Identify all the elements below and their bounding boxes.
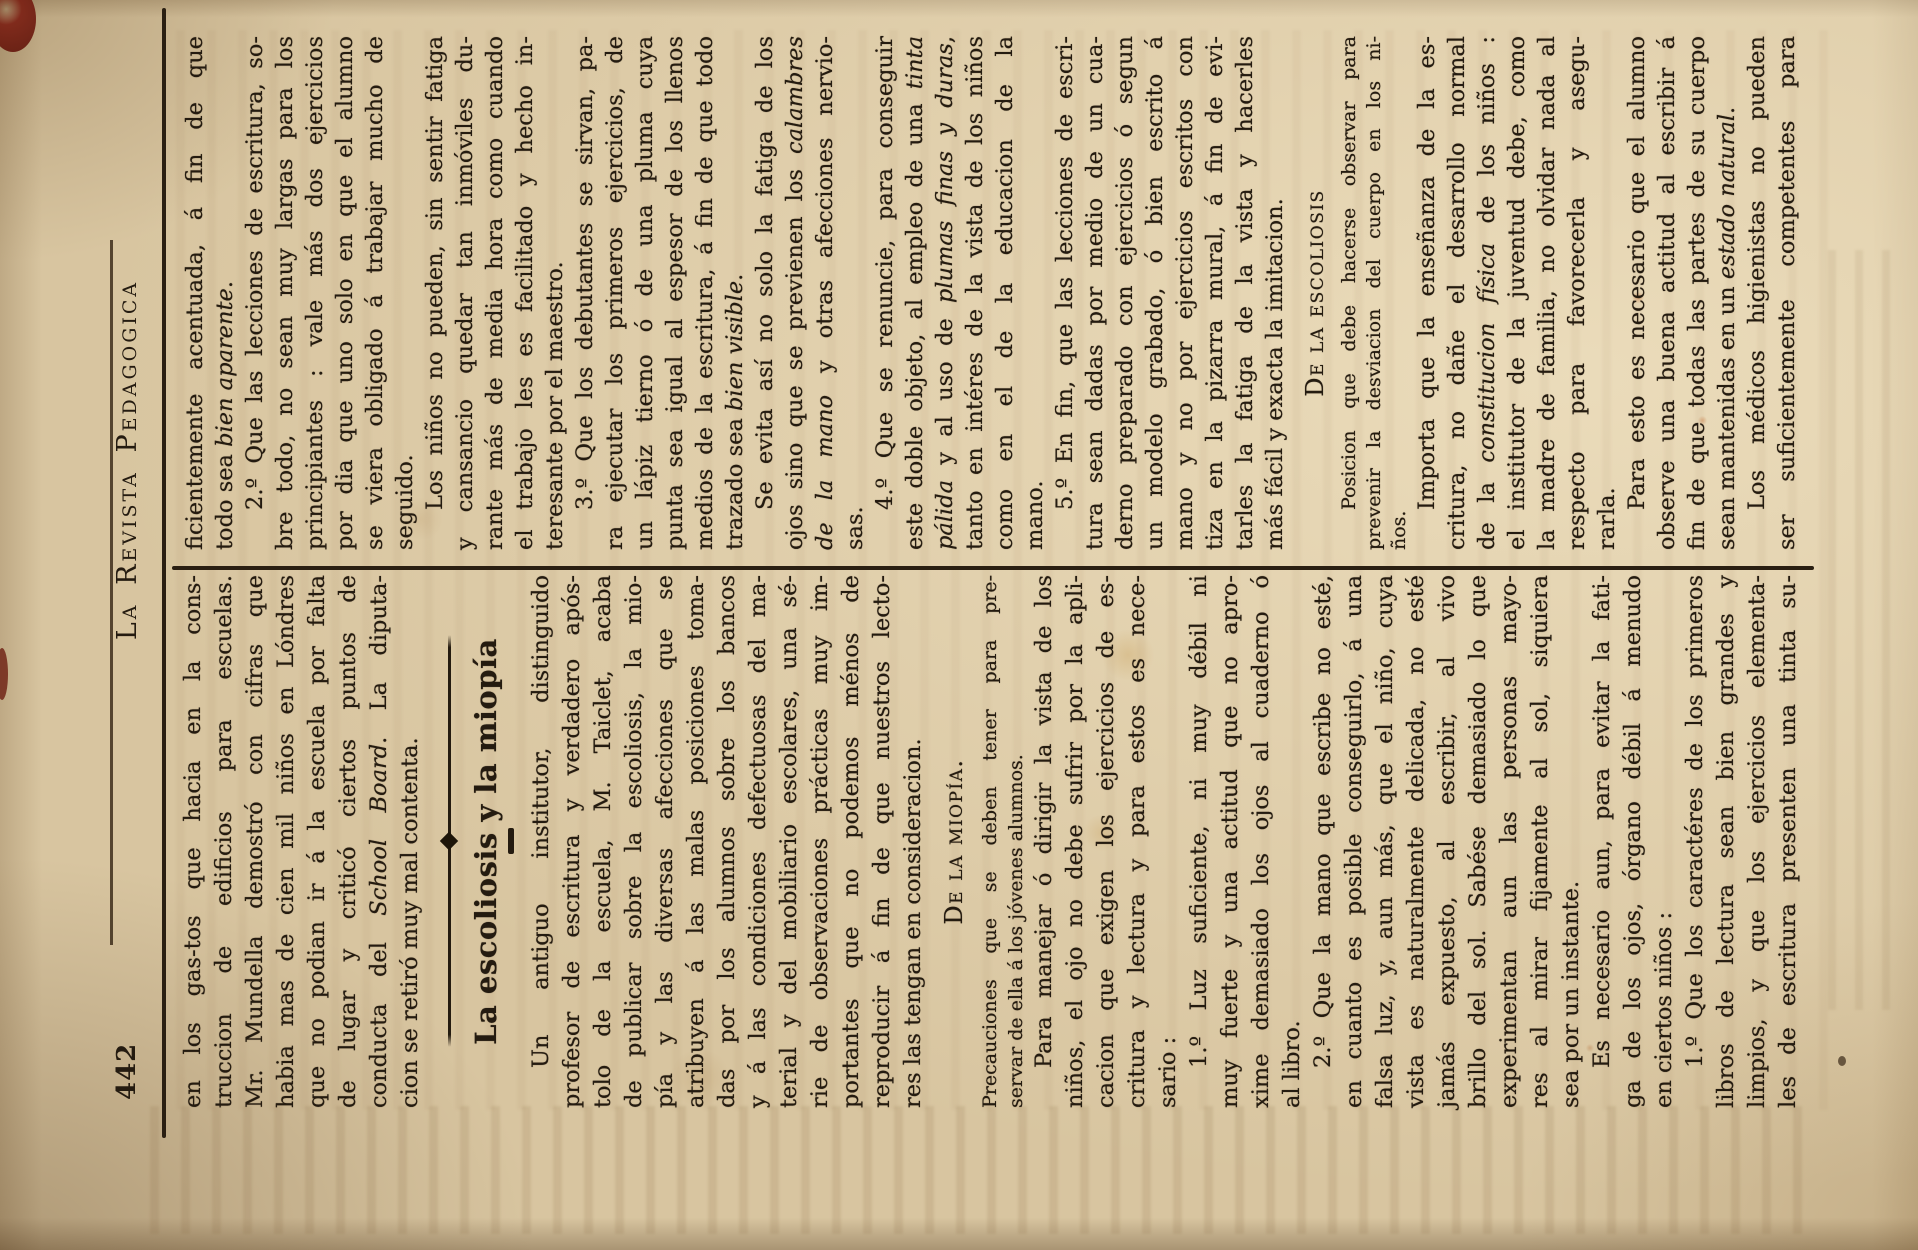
scanned-page-canvas: 442 La Revista Pedagogica en los gas-tos… (0, 0, 1918, 1250)
text-line: punta sea igual al espesor de los llenos (660, 36, 690, 550)
section-divider-ornament (440, 575, 458, 1108)
text-line: se viera obligado á trabajar mucho de (360, 36, 390, 550)
text-line: en ciertos niños : (1649, 575, 1680, 1108)
diamond-ornament-icon (440, 832, 458, 850)
text-line: prevenir la desviacion del cuerpo en los… (1362, 36, 1387, 550)
text-line: reproducir á fin de que nuestros lecto- (867, 575, 898, 1108)
heading-dash (508, 575, 518, 1108)
text-line: de publicar sobre la escoliosis, la mio- (619, 575, 650, 1108)
text-line: teresante por el maestro. (540, 36, 570, 550)
text-line: Mr. Mundella demostró con cifras que (240, 575, 271, 1108)
journal-page: 442 La Revista Pedagogica en los gas-tos… (0, 0, 1918, 1250)
text-line: ser suficientemente competentes para (1772, 36, 1802, 550)
section-heading: De la miopía. (939, 575, 970, 1108)
text-line: das por los alumnos sobre los bancos (712, 575, 743, 1108)
text-line: atribuyen á las malas posiciones toma- (681, 575, 712, 1108)
text-line: la madre de familia, no olvidar nada al (1532, 36, 1562, 550)
text-line: ga de los ojos, órgano débil á menudo (1618, 575, 1649, 1108)
text-line: sas. (840, 36, 870, 550)
text-line: en cuanto es posible conseguirlo, á una (1339, 575, 1370, 1108)
text-line: Precauciones que se deben tener para pre… (977, 575, 1003, 1108)
text-line: experimentan aun las personas mayo- (1494, 575, 1525, 1108)
text-line: Importa que la enseñanza de la es- (1412, 36, 1442, 550)
text-line: observe una buena actitud al escribir á (1652, 36, 1682, 550)
text-line: sario : (1153, 575, 1184, 1108)
text-line: portantes que no podemos ménos de (836, 575, 867, 1108)
text-line: critura, no dañe el desarrollo normal (1442, 36, 1472, 550)
text-line: 2.º Que la mano que escribe no esté, (1308, 575, 1339, 1108)
text-line: medios de la escritura, á fin de que tod… (690, 36, 720, 550)
text-line: un lápiz tierno ó de una pluma cuya (630, 36, 660, 550)
text-line: de la mano y otras afecciones nervio- (810, 36, 840, 550)
text-line: y cansancio quedar tan inmóviles du- (450, 36, 480, 550)
column-divider-rule (172, 566, 1814, 570)
text-line: libros de lectura sean bien grandes y (1711, 575, 1742, 1108)
text-line: Para manejar ó dirigir la vista de los (1029, 575, 1060, 1108)
text-line: de la constitucion física de los niños : (1472, 36, 1502, 550)
text-line: 3.º Que los debutantes se sirvan, pa- (570, 36, 600, 550)
text-line: Posicion que debe hacerse observar para (1337, 36, 1362, 550)
text-line: y á las condiciones defectuosas del ma- (743, 575, 774, 1108)
text-line: ra ejecutar los primeros ejercicios, de (600, 36, 630, 550)
text-line: xime demasiado los ojos al cuaderno ó (1246, 575, 1277, 1108)
text-line: seguido. (390, 36, 420, 550)
text-line: rante más de media hora como cuando (480, 36, 510, 550)
text-line: pía y las diversas afecciones que se (650, 575, 681, 1108)
text-line: mano. (1020, 36, 1050, 550)
text-line: rie de observaciones prácticas muy im- (805, 575, 836, 1108)
text-line: profesor de escritura y verdadero após- (557, 575, 588, 1108)
text-line: 5.º En fin, que las lecciones de escri- (1050, 36, 1080, 550)
text-line: como en el de la educacion de la (990, 36, 1020, 550)
text-line: un modelo grabado, ó bien escrito á (1140, 36, 1170, 550)
text-line: jamás expuesto, al escribir, al vivo (1432, 575, 1463, 1108)
text-line: tolo de la escuela, M. Taiclet, acaba (588, 575, 619, 1108)
text-line: este doble objeto, al empleo de una tint… (900, 36, 930, 550)
text-line: por dia que uno solo en que el alumno (330, 36, 360, 550)
text-line: todo sea bien aparente. (210, 36, 240, 550)
text-line: limpios, y que los ejercicios elementa- (1742, 575, 1773, 1108)
text-line: tiza en la pizarra mural, á fin de evi- (1200, 36, 1230, 550)
text-line: truccion de edificios para escuelas. (209, 575, 240, 1108)
text-line: sea por un instante. (1556, 575, 1587, 1108)
text-line: brillo del sol. Sabése demasiado lo que (1463, 575, 1494, 1108)
text-line: 1.º Que los caractéres de los primeros (1680, 575, 1711, 1108)
text-line: niños, el ojo no debe sufrir por la apli… (1060, 575, 1091, 1108)
text-line: 2.º Que las lecciones de escritura, so- (240, 36, 270, 550)
bleedthrough-text-footer (1828, 250, 1898, 1010)
text-line: Los médicos higienistas no pueden (1742, 36, 1772, 550)
text-line: falsa luz, y, aun más, que el niño, cuya (1370, 575, 1401, 1108)
text-line: critura y lectura y para estos es nece- (1122, 575, 1153, 1108)
column-left: en los gas-tos que hacia en la cons-truc… (178, 575, 1804, 1108)
text-line: servar de ella á los jóvenes alumnos. (1003, 575, 1029, 1108)
text-line: conducta del School Board. La diputa- (364, 575, 395, 1108)
section-heading: La escoliosis y la miopía (468, 575, 504, 1108)
text-line: rarla. (1592, 36, 1622, 550)
text-line: cacion que exigen los ejercicios de es- (1091, 575, 1122, 1108)
bleedthrough-text-margin (150, 1106, 1810, 1234)
text-line: Para esto es necesario que el alumno (1622, 36, 1652, 550)
text-line: respecto para favorecerla y asegu- (1562, 36, 1592, 550)
text-line: trazado sea bien visible. (720, 36, 750, 550)
text-line: el trabajo les es facilitado y hecho in- (510, 36, 540, 550)
text-line: ños. (1387, 36, 1412, 550)
journal-title: La Revista Pedagogica (112, 160, 143, 760)
text-line: tarles la fatiga de la vista y hacerles (1230, 36, 1260, 550)
text-line: mano y no por ejercicios escritos con (1170, 36, 1200, 550)
text-line: Es necesario aun, para evitar la fati- (1587, 575, 1618, 1108)
text-line: el institutor de la juventud debe, como (1502, 36, 1532, 550)
text-line: tura sean dadas por medio de un cua- (1080, 36, 1110, 550)
text-line: más fácil y exacta la imitacion. (1260, 36, 1290, 550)
section-heading: De la escoliosis (1300, 36, 1330, 550)
text-line: sean mantenidas en un estado natural. (1712, 36, 1742, 550)
text-line: que no podian ir á la escuela por falta (302, 575, 333, 1108)
text-line: terial y del mobiliario escolares, una s… (774, 575, 805, 1108)
text-line: res al mirar fijamente al sol, siquiera (1525, 575, 1556, 1108)
text-line: res las tengan en consideracion. (898, 575, 929, 1108)
text-line: ojos sino que se previenen los calambres (780, 36, 810, 550)
text-line: habia mas de cien mil niños en Lóndres (271, 575, 302, 1108)
text-line: Se evita así no solo la fatiga de los (750, 36, 780, 550)
page-number: 442 (112, 1043, 142, 1100)
text-line: derno preparado con ejercicios ó segun (1110, 36, 1140, 550)
text-line: Los niños no pueden, sin sentir fatiga (420, 36, 450, 550)
text-line: bre todo, no sean muy largas para los (270, 36, 300, 550)
text-line: muy fuerte y una actitud que no apro- (1215, 575, 1246, 1108)
column-right: ficientemente acentuada, á fin de quetod… (180, 36, 1802, 550)
text-line: Un antiguo institutor, distinguido (526, 575, 557, 1108)
text-line: cion se retiró muy mal contenta. (395, 575, 426, 1108)
text-line: vista es naturalmente delicada, no esté (1401, 575, 1432, 1108)
text-line: pálida y al uso de plumas finas y duras, (930, 36, 960, 550)
text-line: de lugar y criticó ciertos puntos de (333, 575, 364, 1108)
text-line: ficientemente acentuada, á fin de que (180, 36, 210, 550)
header-rule (162, 8, 166, 1138)
text-line: principiantes : vale más dos ejercicios (300, 36, 330, 550)
text-line: al libro. (1277, 575, 1308, 1108)
text-line: fin de que todas las partes de su cuerpo (1682, 36, 1712, 550)
text-line: en los gas-tos que hacia en la cons- (178, 575, 209, 1108)
text-line: tanto en intéres de la vista de los niño… (960, 36, 990, 550)
text-line: 4.º Que se renuncie, para conseguir (870, 36, 900, 550)
text-line: les de escritura presenten una tinta su- (1773, 575, 1804, 1108)
text-line: 1.º Luz suficiente, ni muy débil ni (1184, 575, 1215, 1108)
